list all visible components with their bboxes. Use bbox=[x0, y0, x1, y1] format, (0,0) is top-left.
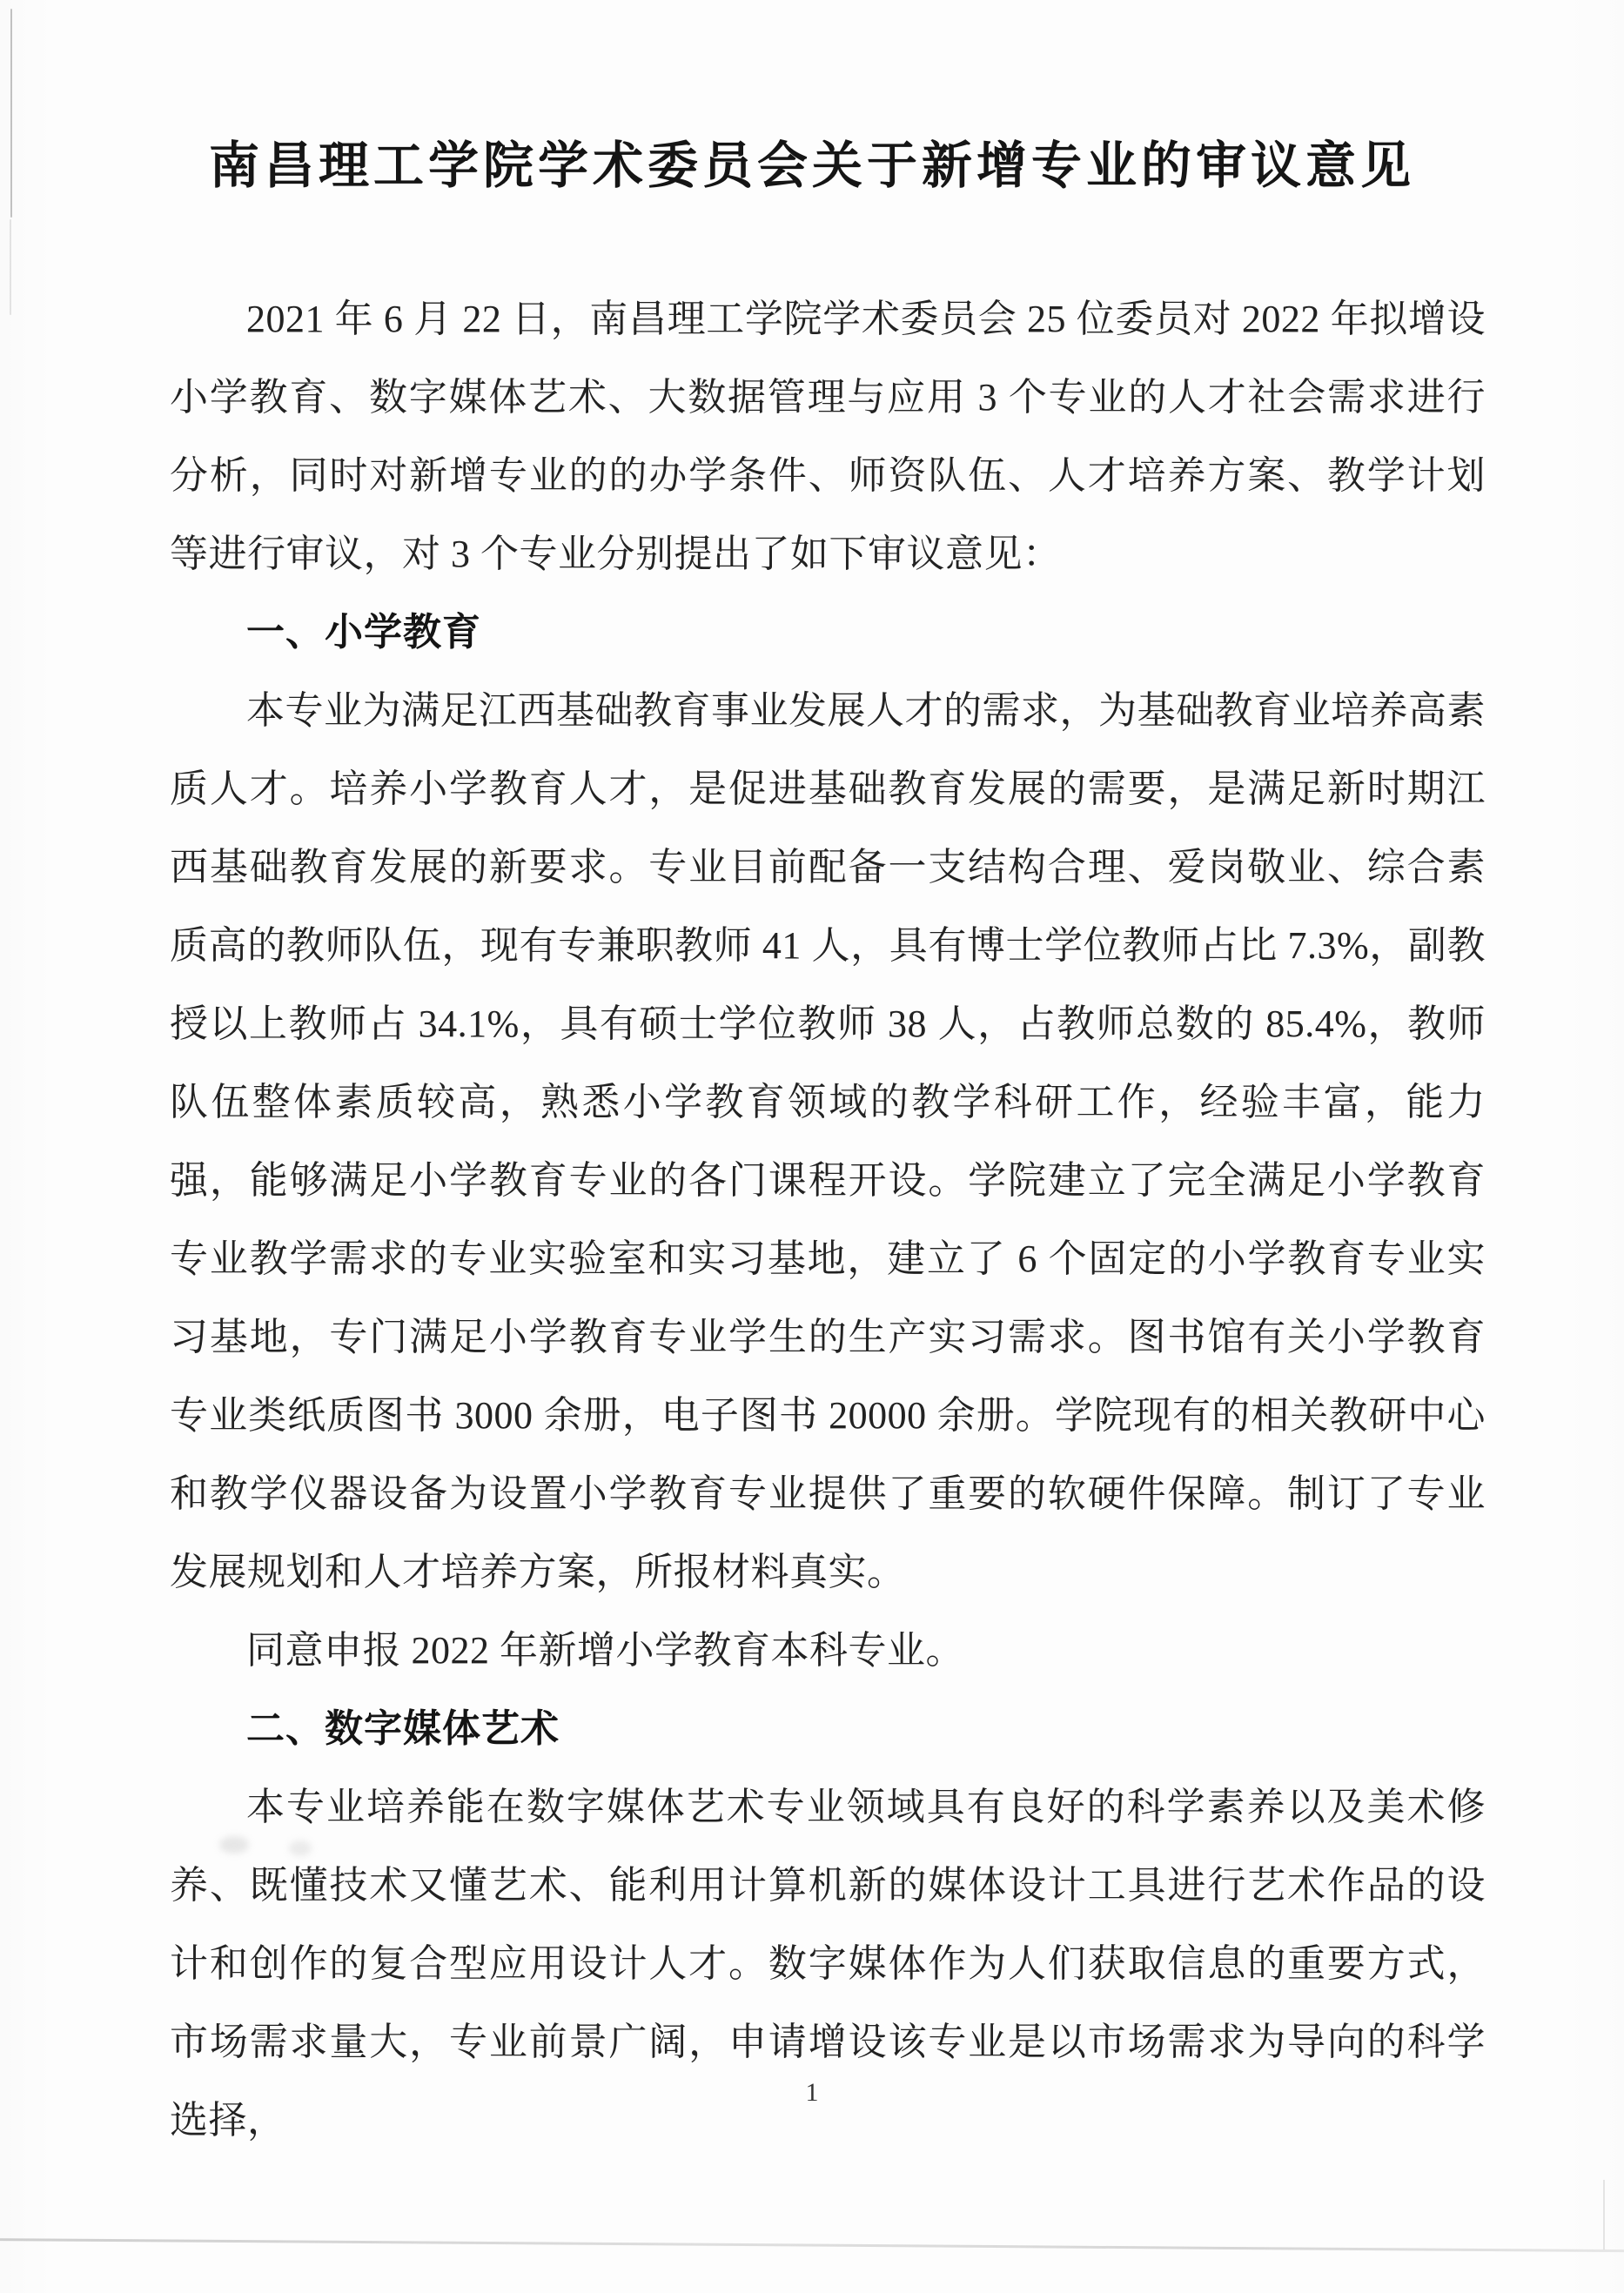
document-title: 南昌理工学院学术委员会关于新增专业的审议意见 bbox=[0, 124, 1624, 198]
section-heading-primary-education: 一、小学教育 bbox=[170, 593, 1486, 672]
paper-right-edge-shadow bbox=[1603, 2180, 1605, 2249]
paragraph-primary-education-review: 本专业为满足江西基础教育事业发展人才的需求，为基础教育业培养高素质人才。培养小学… bbox=[170, 672, 1486, 1612]
page-number: 1 bbox=[0, 2078, 1624, 2108]
section-heading-digital-media-art: 二、数字媒体艺术 bbox=[170, 1690, 1486, 1768]
scanned-document-page: 南昌理工学院学术委员会关于新增专业的审议意见 2021 年 6 月 22 日，南… bbox=[0, 0, 1624, 2293]
paragraph-intro: 2021 年 6 月 22 日，南昌理工学院学术委员会 25 位委员对 2022… bbox=[170, 280, 1486, 593]
paper-bottom-edge-shadow bbox=[0, 2238, 1624, 2252]
scan-edge-line-faint bbox=[10, 219, 11, 315]
document-body: 2021 年 6 月 22 日，南昌理工学院学术委员会 25 位委员对 2022… bbox=[170, 280, 1486, 2160]
paragraph-primary-education-approval: 同意申报 2022 年新增小学教育本科专业。 bbox=[170, 1612, 1486, 1690]
